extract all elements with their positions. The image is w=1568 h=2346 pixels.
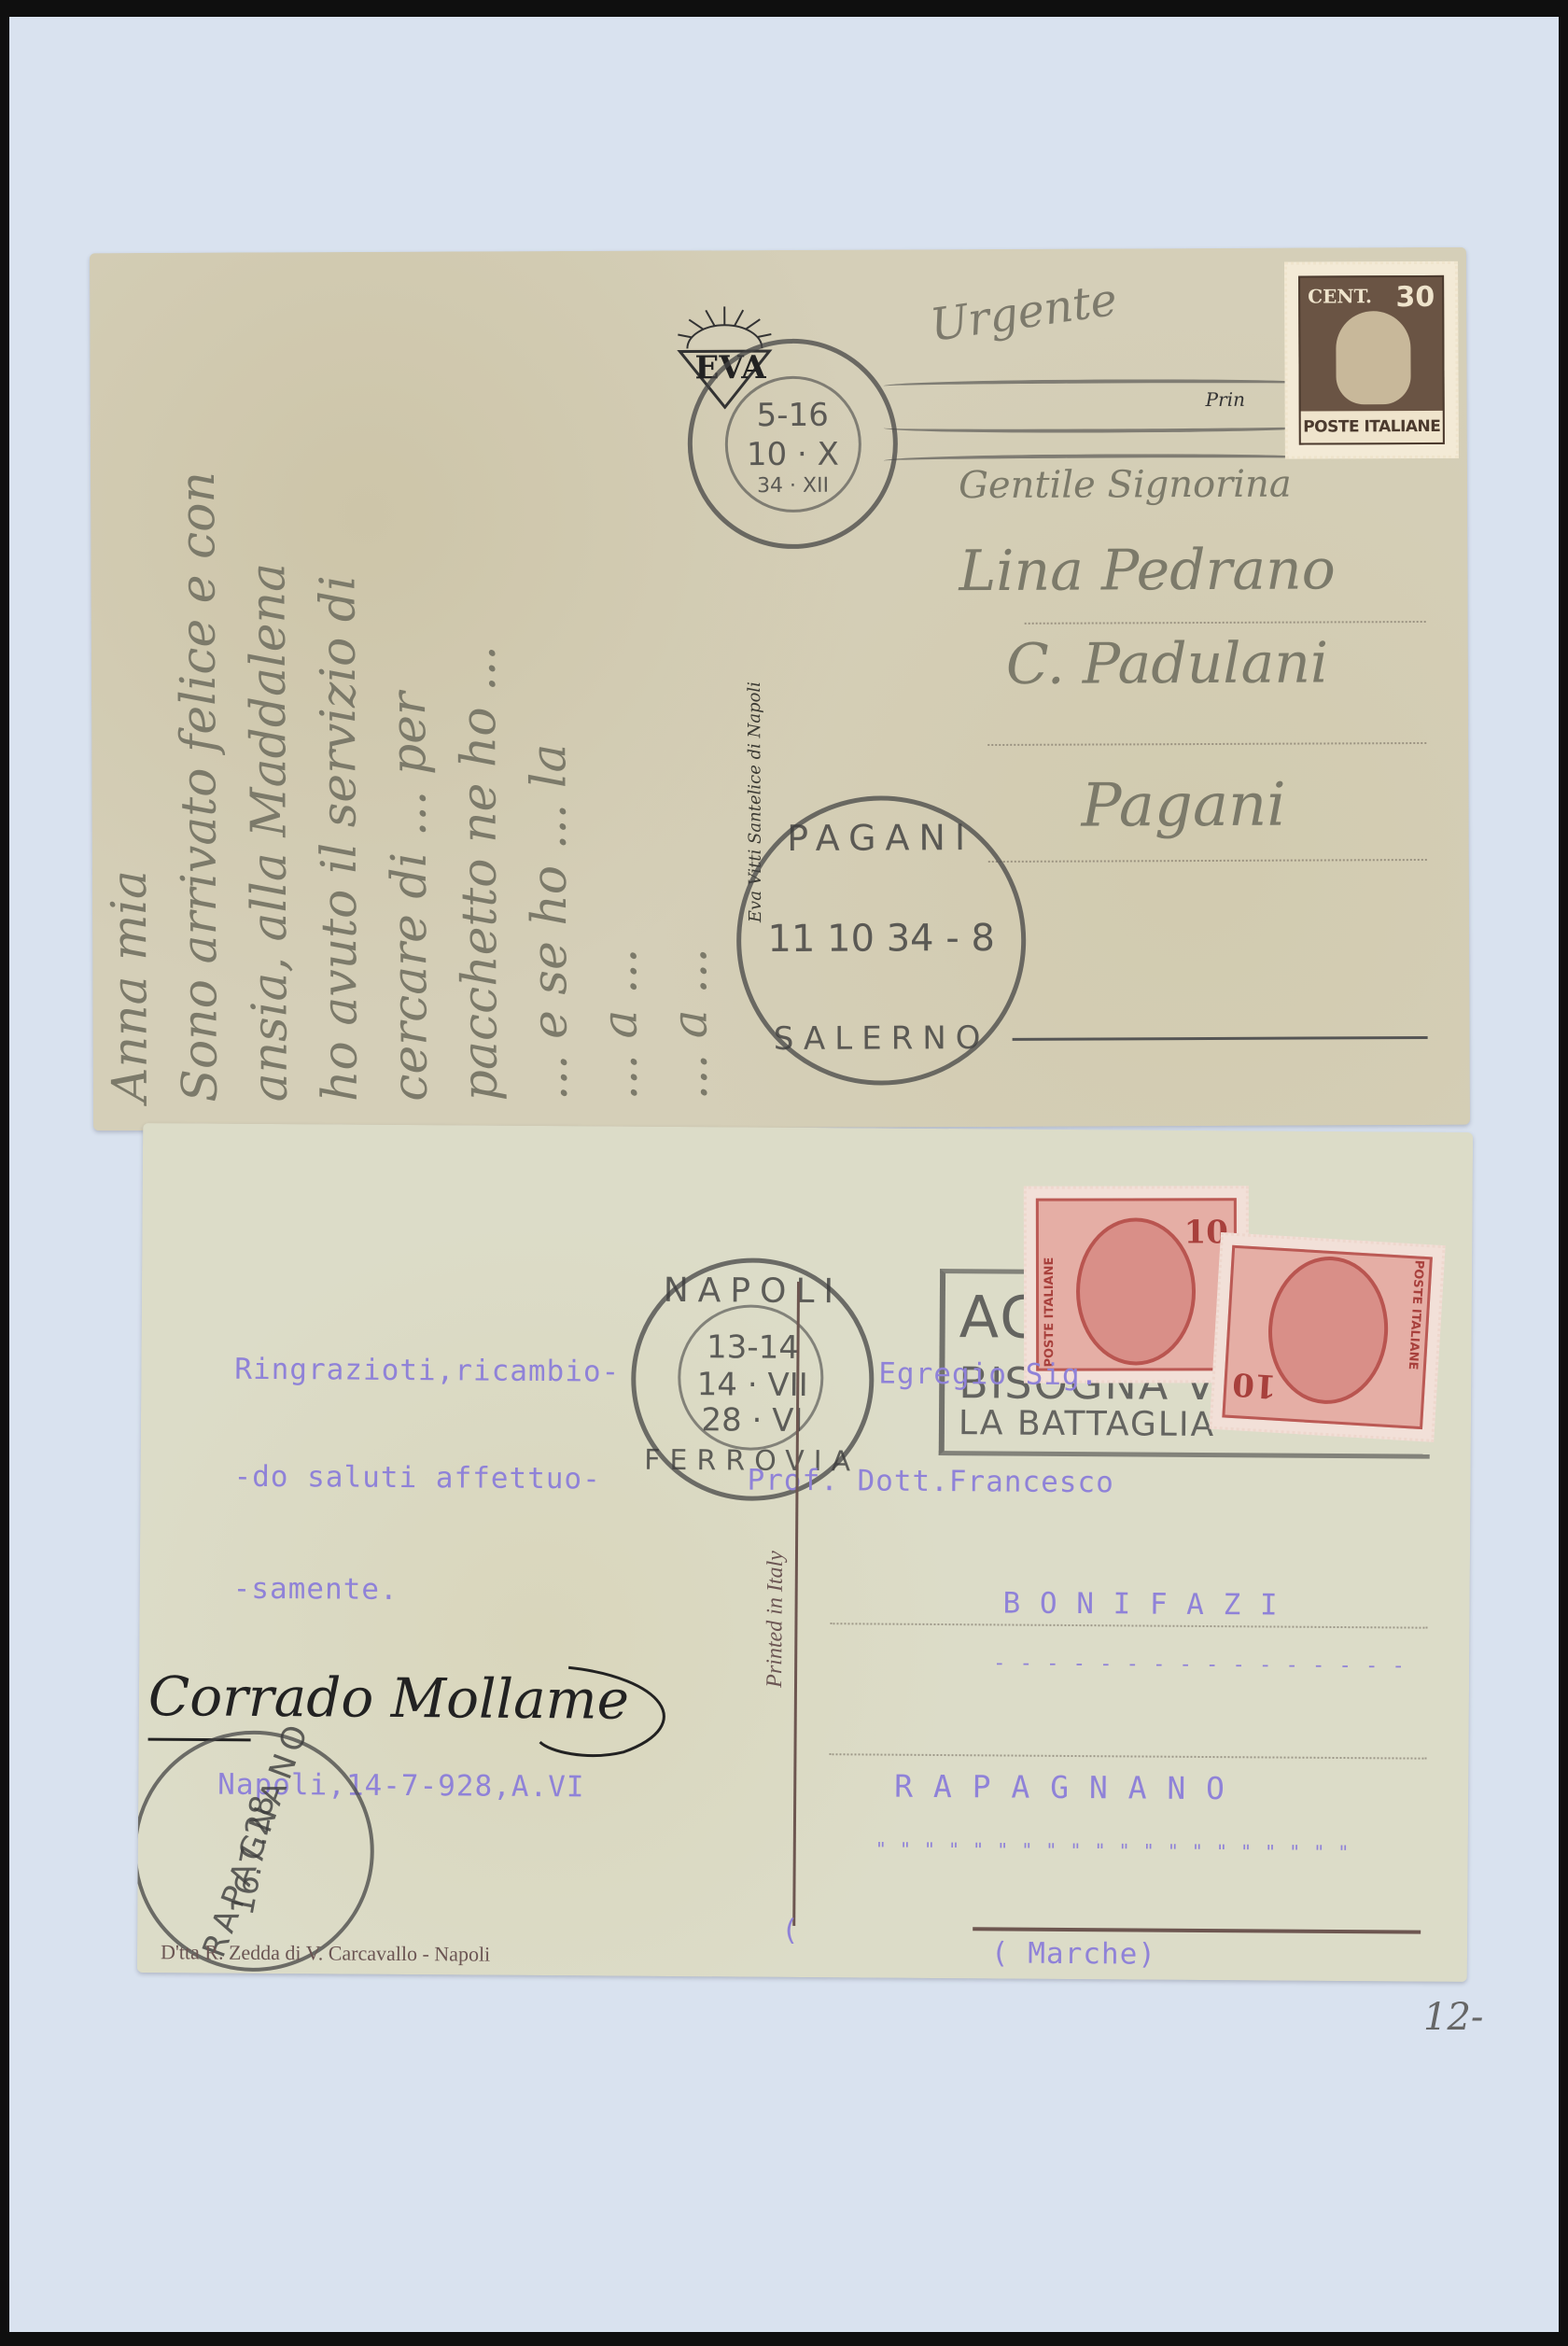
message-line: ansia, alla Maddalena bbox=[240, 563, 299, 1103]
typed-message-line-2: -do saluti affettuo- bbox=[233, 1460, 601, 1496]
stamp-30-cent: CENT. 30 POSTE ITALIANE bbox=[1284, 261, 1459, 459]
postmark-napoli-upper: 5-16 10 · X 34 · XII bbox=[687, 338, 898, 549]
king-portrait bbox=[1264, 1253, 1392, 1407]
typed-stray-paren: ( bbox=[781, 1914, 800, 1947]
page-number-mark: 12- bbox=[1423, 1996, 1483, 2039]
address-underline bbox=[973, 1927, 1421, 1933]
king-portrait bbox=[1076, 1217, 1196, 1365]
address-line-2: Lina Pedrano bbox=[959, 537, 1336, 604]
address-rule bbox=[987, 742, 1426, 746]
message-line: ... a ... bbox=[592, 948, 649, 1101]
wavy-cancel-line bbox=[884, 420, 1332, 433]
typed-recipient-name: Prof. Dott.Francesco bbox=[747, 1464, 1114, 1500]
message-line: ho avuto il servizio di bbox=[310, 575, 368, 1102]
message-line: Anna mia bbox=[102, 870, 159, 1103]
typed-salutation: Egregio Sig. bbox=[878, 1357, 1099, 1393]
wavy-cancel-line bbox=[884, 378, 1332, 391]
address-underline bbox=[1013, 1036, 1428, 1041]
address-line-1: Gentile Signorina bbox=[959, 463, 1292, 508]
address-line-4: Pagani bbox=[1081, 771, 1285, 841]
typed-underline: - - - - - - - - - - - - - - - - bbox=[993, 1651, 1406, 1678]
typed-ditto-marks: " " " " " " " " " " " " " " " " " " " " bbox=[875, 1838, 1351, 1864]
stamp-10-cent-2: 10 POSTE ITALIANE bbox=[1210, 1232, 1446, 1442]
message-line: Sono arrivato felice e con bbox=[170, 471, 229, 1103]
message-line: ... e se ho ... la bbox=[521, 743, 579, 1101]
king-portrait bbox=[1336, 311, 1410, 404]
address-rule bbox=[988, 859, 1427, 863]
message-line: cercare di ... per bbox=[381, 692, 439, 1102]
typed-town: R A P A G N A N O bbox=[894, 1768, 1225, 1806]
typed-region: ( Marche) bbox=[991, 1936, 1156, 1971]
address-rule bbox=[830, 1623, 1427, 1628]
address-rule bbox=[1025, 621, 1426, 625]
typed-message-line-1: Ringrazioti,ricambio- bbox=[234, 1353, 620, 1389]
album-page: Anna mia Sono arrivato felice e con ansi… bbox=[9, 17, 1559, 2332]
postmark-pagani: PAGANI 11 10 34 - 8 SALERNO bbox=[736, 795, 1027, 1086]
message-line: pacchetto ne ho ... bbox=[451, 645, 509, 1101]
printed-label: Prin bbox=[1206, 388, 1245, 411]
lower-postcard: NAPOLI 13-14 14 · VII 28 · VI FERROVIA A… bbox=[137, 1123, 1473, 1982]
address-rule bbox=[829, 1753, 1426, 1759]
typed-surname: B O N I F A Z I bbox=[1002, 1586, 1278, 1622]
postmark-rapagnano: RAPAGNANO 16.7.28 bbox=[137, 1730, 375, 1973]
publisher-credit: D'tta R. Zedda di V. Carcavallo - Napoli bbox=[161, 1940, 490, 1966]
upper-postcard: Anna mia Sono arrivato felice e con ansi… bbox=[90, 247, 1470, 1131]
message-line: ... a ... bbox=[662, 948, 719, 1101]
address-line-3: C. Padulani bbox=[1006, 630, 1329, 697]
urgente-note: Urgente bbox=[927, 274, 1120, 352]
typed-message-line-3: -samente. bbox=[233, 1572, 399, 1607]
